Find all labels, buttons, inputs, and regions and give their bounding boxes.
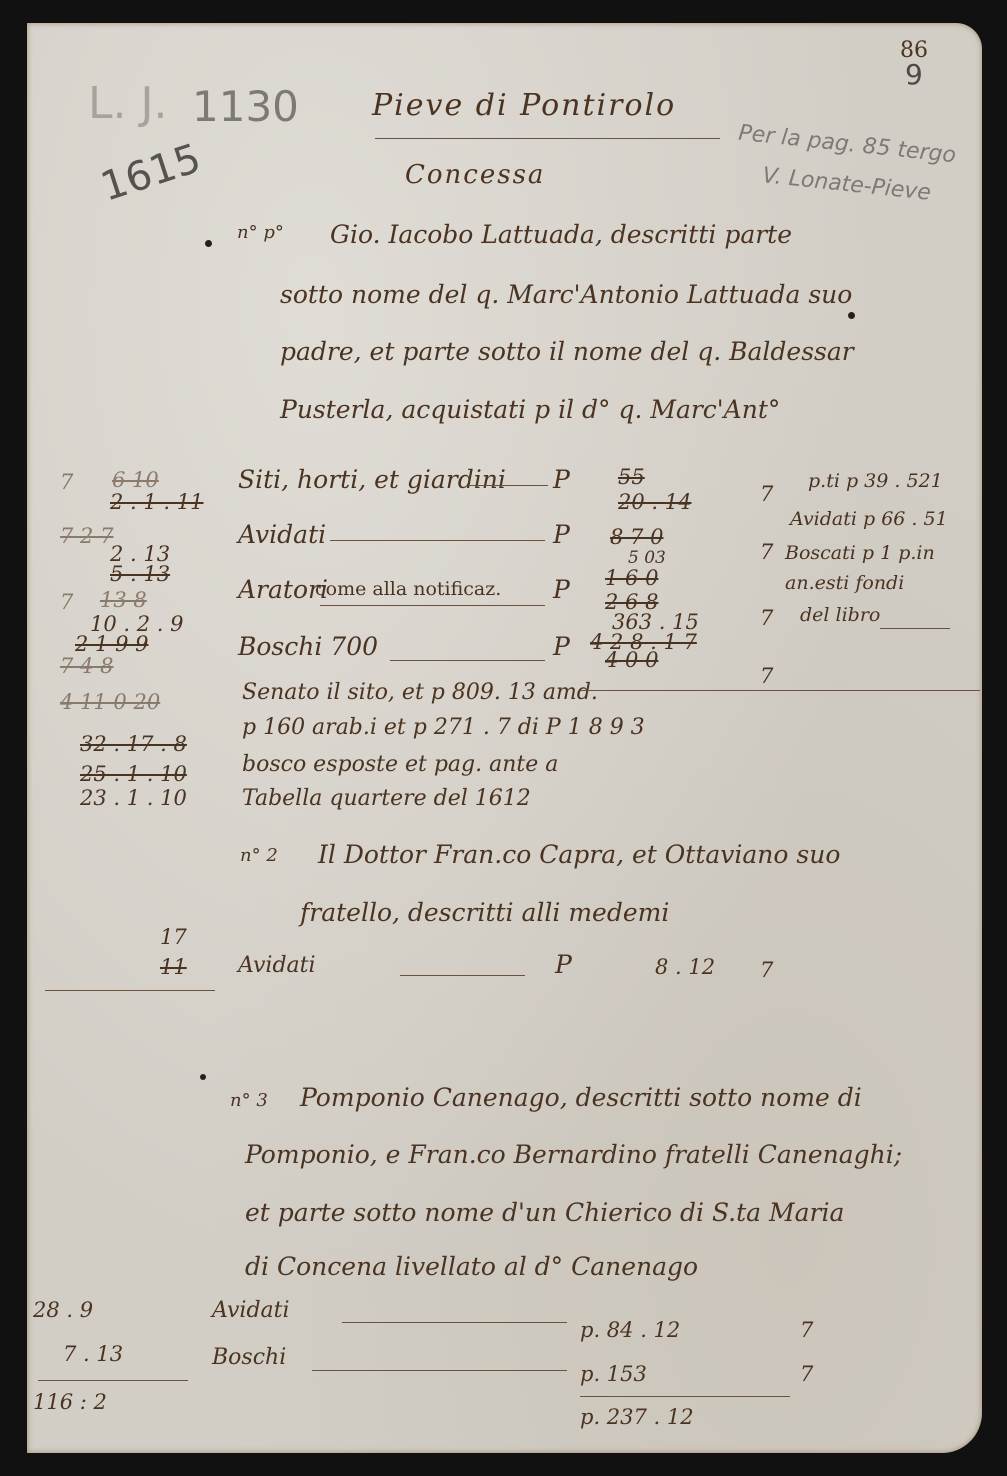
right-value: p. 84 . 12 bbox=[580, 1318, 680, 1342]
right-mark: 7 bbox=[760, 606, 773, 630]
item-label: Siti, horti, et giardini bbox=[238, 465, 506, 494]
entry-1-line-3: padre, et parte sotto il nome del q. Bal… bbox=[280, 337, 854, 366]
leader-line bbox=[400, 975, 525, 976]
entry-2-number: n° 2 bbox=[240, 845, 278, 866]
entry-1-number: n° p° bbox=[237, 222, 284, 243]
right-mark: 7 bbox=[800, 1318, 813, 1342]
right-value: 8 7 0 bbox=[610, 525, 663, 549]
left-total: 32 . 17 . 8 bbox=[80, 732, 187, 756]
entry-1-line-1: Gio. Iacobo Lattuada, descritti parte bbox=[330, 220, 792, 249]
right-value: 20 . 14 bbox=[618, 490, 691, 514]
entry-2-line-2: fratello, descritti alli medemi bbox=[300, 898, 669, 927]
margin-underline bbox=[880, 628, 950, 629]
entry-3-line-1: Pomponio Canenago, descritti sotto nome … bbox=[300, 1083, 862, 1112]
entry-3-line-4: di Concena livellato al d° Canenago bbox=[245, 1252, 698, 1281]
right-value: p. 153 bbox=[580, 1362, 647, 1386]
left-value: 2 1 9 9 bbox=[75, 632, 148, 656]
item-label: Boschi 700 bbox=[238, 632, 378, 661]
note-line: bosco esposte et pag. ante a bbox=[242, 752, 558, 777]
margin-note-line: Avidati p 66 . 51 bbox=[790, 508, 948, 530]
entry-3-line-3: et parte sotto nome d'un Chierico di S.t… bbox=[245, 1198, 844, 1227]
margin-note-line: Boscati p 1 p.in bbox=[785, 542, 935, 564]
sum-line bbox=[580, 1396, 790, 1397]
pencil-shelfmark: L. J. bbox=[88, 78, 167, 129]
right-mark: 7 bbox=[760, 664, 773, 688]
entry-3-line-2: Pomponio, e Fran.co Bernardino fratelli … bbox=[245, 1140, 902, 1169]
margin-note-line: del libro bbox=[800, 604, 880, 626]
folio-crossed: 9 bbox=[905, 58, 923, 91]
margin-note-line: an.esti fondi bbox=[785, 572, 904, 594]
left-mark: 7 bbox=[60, 590, 73, 614]
left-value: 7 . 13 bbox=[63, 1342, 123, 1366]
right-mark: 7 bbox=[760, 958, 773, 982]
left-value: 13 8 bbox=[100, 588, 147, 612]
page-subtitle: Concessa bbox=[405, 160, 545, 190]
item-p: P bbox=[553, 465, 570, 494]
entry-1-line-2: sotto nome del q. Marc'Antonio Lattuada … bbox=[280, 280, 852, 309]
item-p: P bbox=[553, 632, 570, 661]
item-p: P bbox=[553, 575, 570, 604]
item-p: P bbox=[555, 950, 572, 979]
left-value: 11 bbox=[160, 955, 187, 979]
sum-line bbox=[38, 1380, 188, 1381]
entry-3-number: n° 3 bbox=[230, 1090, 268, 1111]
right-mark: 7 bbox=[760, 482, 773, 506]
ink-blot bbox=[848, 312, 855, 319]
leader-line bbox=[390, 660, 545, 661]
left-value: 17 bbox=[160, 925, 187, 949]
note-line: Senato il sito, et p 809. 13 amd. bbox=[242, 680, 598, 705]
right-value: 1 6 0 bbox=[605, 566, 658, 590]
right-total: p. 237 . 12 bbox=[580, 1405, 694, 1429]
item-label: Avidati bbox=[238, 953, 316, 978]
right-value: 55 bbox=[618, 465, 645, 489]
item-p: P bbox=[553, 520, 570, 549]
left-total: 23 . 1 . 10 bbox=[80, 786, 187, 810]
left-value: 28 . 9 bbox=[33, 1298, 93, 1322]
left-total: 4 11 0 20 bbox=[60, 690, 160, 714]
entry-2-line-1: Il Dottor Fran.co Capra, et Ottaviano su… bbox=[318, 840, 840, 869]
row-divider bbox=[45, 990, 215, 991]
leader-line bbox=[312, 1370, 567, 1371]
right-value: 8 . 12 bbox=[655, 955, 715, 979]
item-label: Boschi bbox=[212, 1345, 286, 1370]
left-total: 116 : 2 bbox=[33, 1390, 107, 1414]
bullet-dot bbox=[205, 240, 212, 247]
right-mark: 7 bbox=[760, 540, 773, 564]
page-title: Pieve di Pontirolo bbox=[372, 88, 676, 123]
title-underline bbox=[375, 138, 720, 139]
item-label: Avidati bbox=[212, 1298, 290, 1323]
left-mark: 7 bbox=[60, 470, 73, 494]
left-value: 2 . 1 . 11 bbox=[110, 490, 204, 514]
leader-line bbox=[342, 1322, 567, 1323]
note-line: p 160 arab.i et p 271 . 7 di P 1 8 9 3 bbox=[242, 715, 645, 740]
left-value: 7 4 8 bbox=[60, 654, 113, 678]
margin-note-line: p.ti p 39 . 521 bbox=[808, 470, 943, 492]
item-label: Avidati bbox=[238, 520, 326, 549]
archive-number: 1130 bbox=[192, 82, 299, 131]
left-total: 25 . 1 . 10 bbox=[80, 762, 187, 786]
right-value: 4 0 0 bbox=[605, 648, 658, 672]
entry-1-line-4: Pusterla, acquistati p il d° q. Marc'Ant… bbox=[280, 395, 780, 424]
leader-line bbox=[330, 540, 545, 541]
bullet-dot bbox=[200, 1074, 206, 1080]
leader-line bbox=[320, 605, 545, 606]
note-line: Tabella quartere del 1612 bbox=[242, 786, 531, 811]
left-value: 6 10 bbox=[112, 468, 159, 492]
leader-line bbox=[468, 485, 548, 486]
row-divider bbox=[580, 690, 980, 691]
right-mark: 7 bbox=[800, 1362, 813, 1386]
left-value: 7 2 7 bbox=[60, 524, 113, 548]
item-note: come alla notificaz. bbox=[315, 578, 501, 600]
left-value: 5 . 13 bbox=[110, 562, 170, 586]
right-value: 5 03 bbox=[628, 548, 666, 568]
